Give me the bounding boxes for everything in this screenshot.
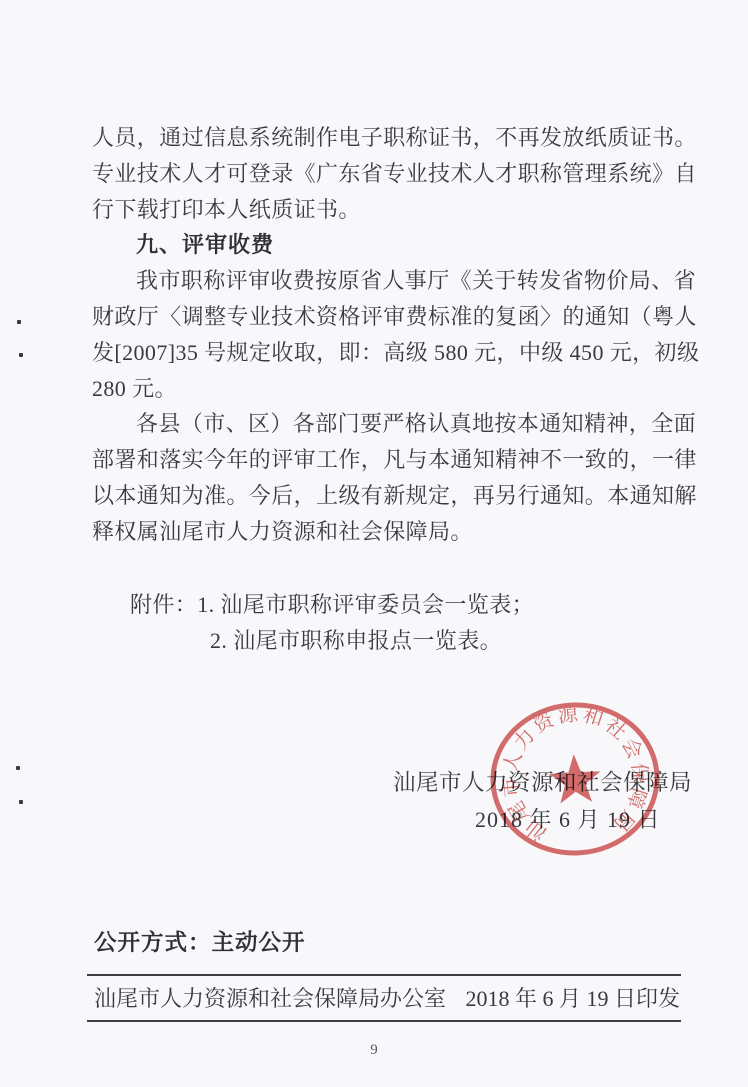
attachment-line: 附件：1. 汕尾市职称评审委员会一览表；: [92, 587, 694, 623]
scan-artifact-dot: [17, 320, 21, 324]
footer-print-date: 2018 年 6 月 19 日印发: [465, 981, 680, 1017]
body-line: 部署和落实今年的评审工作，凡与本通知精神不一致的，一律: [92, 442, 694, 478]
footer-rule-bottom: [87, 1020, 681, 1022]
body-line: 各县（市、区）各部门要严格认真地按本通知精神，全面: [92, 406, 694, 442]
body-line: 以本通知为准。今后，上级有新规定，再另行通知。本通知解: [92, 478, 694, 514]
body-line: 280 元。: [92, 371, 694, 407]
body-line: 发[2007]35 号规定收取，即：高级 580 元，中级 450 元，初级: [92, 335, 694, 371]
attachment-line: 2. 汕尾市职称申报点一览表。: [92, 623, 694, 659]
official-seal: 汕尾市人力资源和社会保障局: [483, 694, 667, 865]
section-heading: 九、评审收费: [92, 227, 694, 263]
seal-star-icon: [548, 753, 602, 804]
footer-row: 汕尾市人力资源和社会保障局办公室 2018 年 6 月 19 日印发: [94, 981, 680, 1017]
body-line: 专业技术人才可登录《广东省专业技术人才职称管理系统》自: [92, 156, 694, 192]
document-page: 人员，通过信息系统制作电子职称证书，不再发放纸质证书。专业技术人才可登录《广东省…: [0, 0, 748, 1087]
body-line: 释权属汕尾市人力资源和社会保障局。: [92, 514, 694, 550]
scan-artifact-dot: [19, 353, 23, 357]
scan-artifact-dot: [19, 800, 23, 804]
disclosure-method: 公开方式：主动公开: [94, 925, 306, 961]
body-line: 财政厅〈调整专业技术资格评审费标准的复函〉的通知（粤人: [92, 299, 694, 335]
document-body: 人员，通过信息系统制作电子职称证书，不再发放纸质证书。专业技术人才可登录《广东省…: [92, 120, 694, 550]
footer-issuer: 汕尾市人力资源和社会保障局办公室: [94, 981, 446, 1017]
body-line: 行下载打印本人纸质证书。: [92, 192, 694, 228]
body-line: 人员，通过信息系统制作电子职称证书，不再发放纸质证书。: [92, 120, 694, 156]
attachments: 附件：1. 汕尾市职称评审委员会一览表；2. 汕尾市职称申报点一览表。: [92, 587, 694, 659]
page-number: 9: [0, 1042, 748, 1059]
scan-artifact-dot: [16, 766, 20, 770]
footer-rule-top: [87, 974, 681, 976]
body-line: 我市职称评审收费按原省人事厅《关于转发省物价局、省: [92, 263, 694, 299]
